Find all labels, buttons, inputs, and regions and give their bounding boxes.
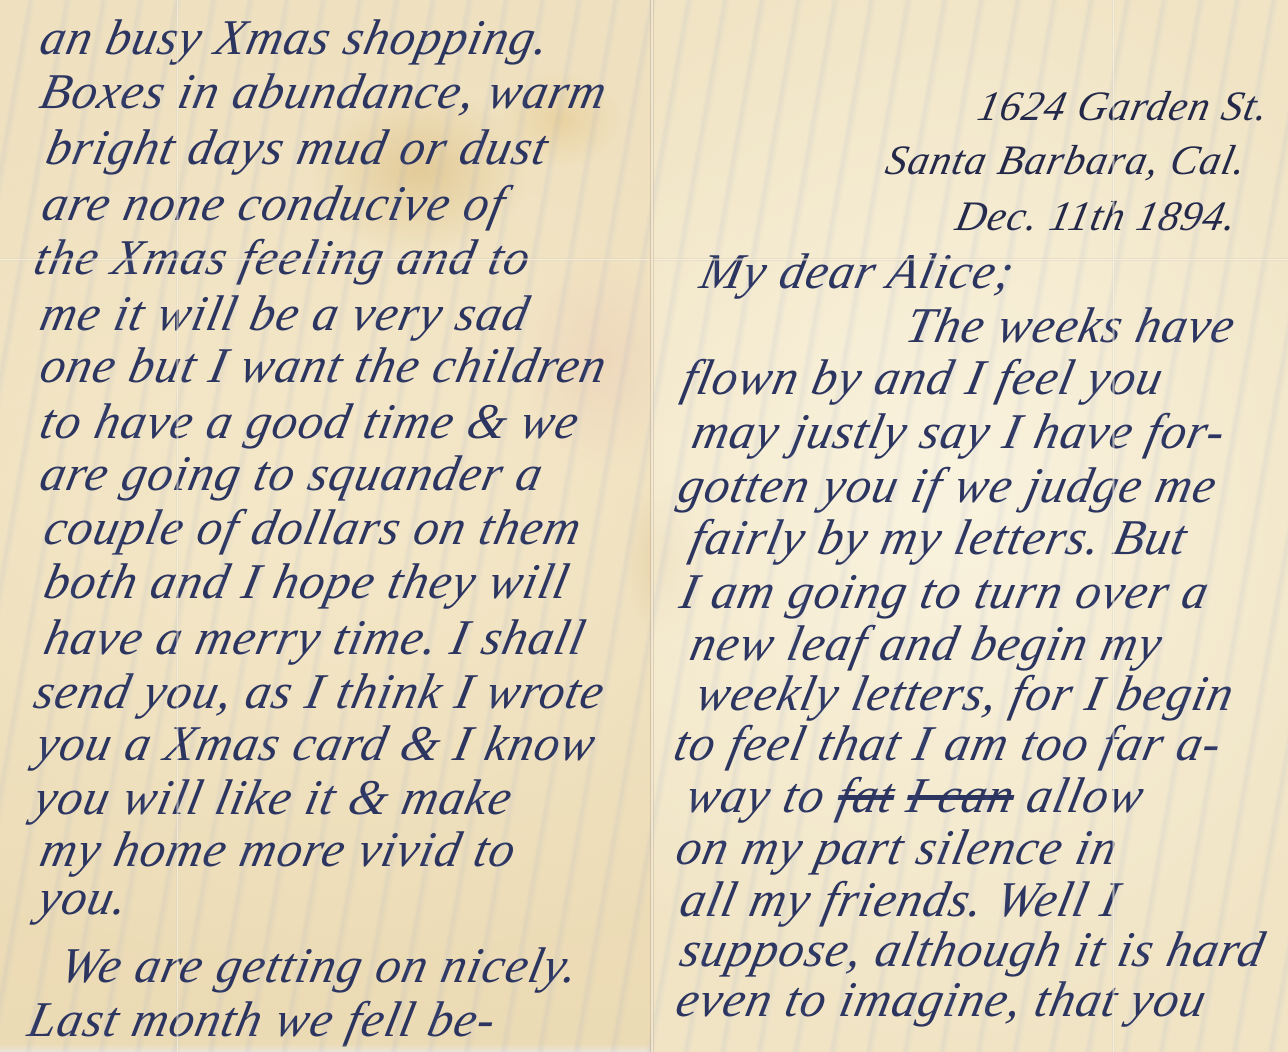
left-line-6: me it will be a very sad [36, 288, 534, 338]
center-fold [650, 0, 654, 1052]
right-line-10-end: allow [1022, 767, 1150, 823]
left-page: an busy Xmas shopping. Boxes in abundanc… [0, 0, 652, 1052]
struck-word-1: fat [833, 767, 901, 823]
left-line-3: bright days mud or dust [42, 122, 553, 172]
salutation: My dear Alice; [696, 246, 1020, 296]
left-line-12: have a merry time. I shall [40, 612, 590, 662]
left-line-1: an busy Xmas shopping. [36, 12, 555, 62]
left-line-8: to have a good time & we [36, 396, 584, 446]
right-line-2: flown by and I feel you [678, 352, 1168, 402]
right-page: 1624 Garden St. Santa Barbara, Cal. Dec.… [652, 0, 1288, 1052]
right-line-10: way to fat I can allow [682, 770, 1149, 820]
right-line-9: to feel that I am too far a- [670, 718, 1227, 768]
left-line-10: couple of dollars on them [40, 502, 587, 552]
left-line-5: the Xmas feeling and to [30, 232, 536, 282]
left-line-9: are going to squander a [36, 448, 548, 498]
right-line-8: weekly letters, for I begin [692, 668, 1239, 718]
left-line-15: you will like it & make [30, 772, 518, 822]
left-line-4: are none conducive of [38, 178, 511, 228]
right-line-14: even to imagine, that you [672, 974, 1212, 1024]
right-line-1: The weeks have [902, 300, 1240, 350]
left-line-17: you. [34, 872, 133, 922]
address-street: 1624 Garden St. [974, 86, 1273, 128]
right-line-12: all my friends. Well I [676, 874, 1125, 924]
right-line-6: I am going to turn over a [676, 566, 1214, 616]
left-line-14: you a Xmas card & I know [32, 718, 601, 768]
right-vertical-fold [1112, 0, 1115, 1052]
left-vertical-fold [176, 0, 179, 1052]
right-line-5: fairly by my letters. But [686, 512, 1192, 562]
page-edge [0, 1044, 652, 1052]
left-line-2: Boxes in abundance, warm [36, 66, 612, 116]
left-line-11: both and I hope they will [40, 556, 574, 606]
left-line-18: We are getting on nicely. [56, 940, 584, 990]
left-line-19: Last month we fell be- [24, 994, 501, 1044]
right-line-13: suppose, although it is hard [676, 924, 1270, 974]
address-city: Santa Barbara, Cal. [882, 140, 1251, 182]
left-line-13: send you, as I think I wrote [30, 666, 610, 716]
letter-scan: an busy Xmas shopping. Boxes in abundanc… [0, 0, 1288, 1052]
horizontal-fold [0, 258, 1288, 261]
right-line-10-start: way to [681, 767, 831, 823]
struck-word-2: I can [902, 767, 1020, 823]
right-line-3: may justly say I have for- [688, 406, 1230, 456]
right-line-4: gotten you if we judge me [674, 460, 1222, 510]
right-line-11: on my part silence in [672, 822, 1123, 872]
letter-date: Dec. 11th 1894. [952, 196, 1241, 238]
right-line-7: new leaf and begin my [686, 618, 1168, 668]
left-line-16: my home more vivid to [36, 824, 521, 874]
left-line-7: one but I want the children [36, 340, 612, 390]
